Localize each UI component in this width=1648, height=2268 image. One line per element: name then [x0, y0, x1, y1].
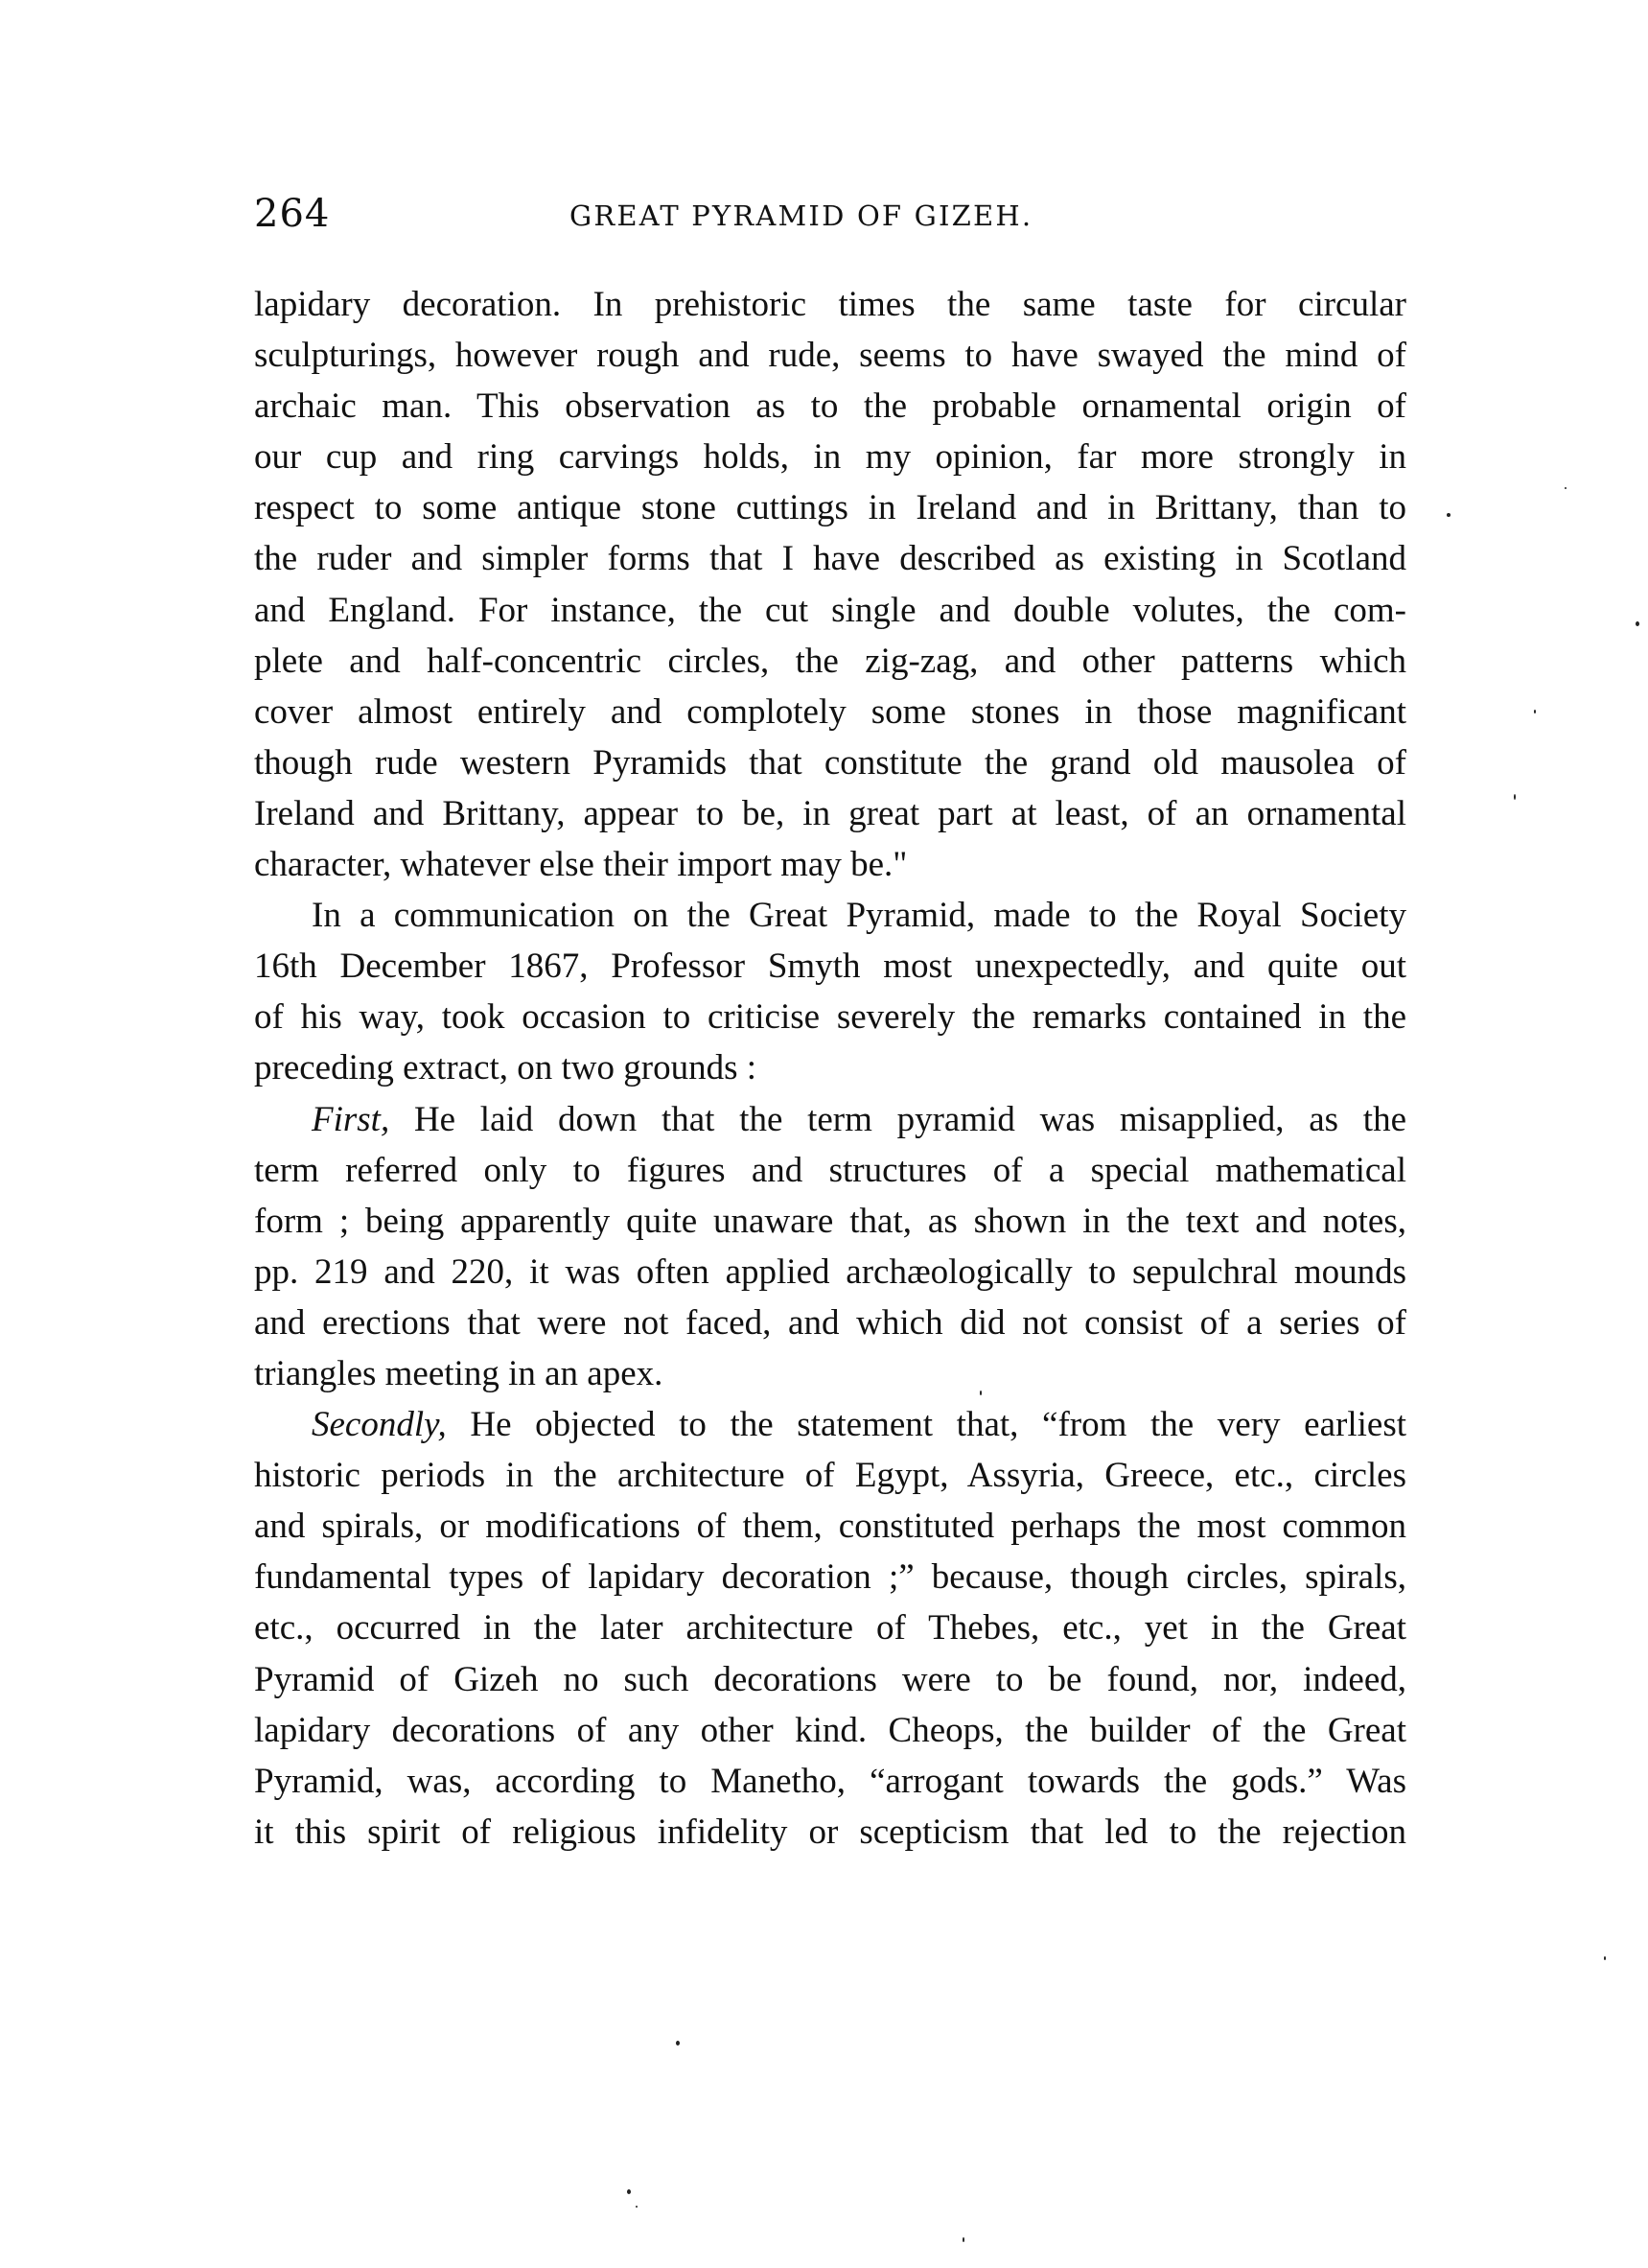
- paragraph-continuation: lapidary decoration. In prehistoric time…: [254, 279, 1406, 890]
- text-line: Secondly, He objected to the statement t…: [254, 1399, 1406, 1450]
- text-line: it this spirit of religious infidelity o…: [254, 1807, 1406, 1858]
- text-line: of his way, took occasion to criticise s…: [254, 992, 1406, 1042]
- paragraph-first-objection: First, He laid down that the term pyrami…: [254, 1094, 1406, 1400]
- scan-speck: [676, 2041, 680, 2046]
- text-line: 16th December 1867, Professor Smyth most…: [254, 941, 1406, 992]
- scan-speck: [1636, 621, 1639, 626]
- text-line: term referred only to figures and struct…: [254, 1145, 1406, 1196]
- text-line: triangles meeting in an apex.: [254, 1348, 1406, 1399]
- scan-speck: [636, 2206, 638, 2208]
- scan-speck: [1565, 487, 1567, 489]
- body-text: lapidary decoration. In prehistoric time…: [254, 279, 1406, 1858]
- paragraph-communication: In a communication on the Great Pyramid,…: [254, 890, 1406, 1093]
- text-line: lapidary decoration. In prehistoric time…: [254, 279, 1406, 330]
- scan-speck: [627, 2189, 631, 2194]
- text-line: character, whatever else their import ma…: [254, 839, 1406, 890]
- text-line: sculpturings, however rough and rude, se…: [254, 330, 1406, 381]
- text-line: lapidary decorations of any other kind. …: [254, 1705, 1406, 1756]
- italic-lead: First,: [312, 1100, 389, 1139]
- book-page: 264 GREAT PYRAMID OF GIZEH. lapidary dec…: [0, 0, 1648, 2268]
- text-line: Pyramid of Gizeh no such decorations wer…: [254, 1654, 1406, 1705]
- text-line: pp. 219 and 220, it was often applied ar…: [254, 1247, 1406, 1298]
- scan-speck: [1447, 513, 1451, 517]
- text-line: fundamental types of lapidary decoration…: [254, 1552, 1406, 1602]
- text-line: In a communication on the Great Pyramid,…: [254, 890, 1406, 941]
- text-line: Pyramid, was, according to Manetho, “arr…: [254, 1756, 1406, 1807]
- text-line: preceding extract, on two grounds :: [254, 1042, 1406, 1093]
- italic-lead: Secondly,: [312, 1405, 447, 1444]
- text-line: plete and half-concentric circles, the z…: [254, 636, 1406, 687]
- scan-speck: [1604, 1956, 1606, 1960]
- text-line: archaic man. This observation as to the …: [254, 381, 1406, 432]
- text-line: and spirals, or modifications of them, c…: [254, 1501, 1406, 1552]
- text-line: respect to some antique stone cuttings i…: [254, 482, 1406, 533]
- text-line: our cup and ring carvings holds, in my o…: [254, 432, 1406, 482]
- text-line: historic periods in the architecture of …: [254, 1450, 1406, 1501]
- text-line: the ruder and simpler forms that I have …: [254, 533, 1406, 584]
- running-title: GREAT PYRAMID OF GIZEH.: [569, 194, 1033, 238]
- text-line: Ireland and Brittany, appear to be, in g…: [254, 788, 1406, 839]
- scan-speck: [963, 2237, 964, 2242]
- text-line-rest: He laid down that the term pyramid was m…: [389, 1100, 1406, 1139]
- text-line: and England. For instance, the cut singl…: [254, 585, 1406, 636]
- text-line-rest: He objected to the statement that, “from…: [447, 1405, 1406, 1444]
- text-line: etc., occurred in the later architecture…: [254, 1602, 1406, 1653]
- text-line: and erections that were not faced, and w…: [254, 1298, 1406, 1348]
- text-line: form ; being apparently quite unaware th…: [254, 1196, 1406, 1247]
- scan-speck: [980, 1391, 982, 1395]
- text-line: cover almost entirely and complotely som…: [254, 687, 1406, 737]
- page-number: 264: [254, 192, 330, 236]
- running-head: 264 GREAT PYRAMID OF GIZEH.: [254, 192, 1406, 236]
- paragraph-second-objection: Secondly, He objected to the statement t…: [254, 1399, 1406, 1858]
- scan-speck: [1534, 710, 1536, 713]
- scan-speck: [1514, 794, 1516, 800]
- text-line: First, He laid down that the term pyrami…: [254, 1094, 1406, 1145]
- text-line: though rude western Pyramids that consti…: [254, 737, 1406, 788]
